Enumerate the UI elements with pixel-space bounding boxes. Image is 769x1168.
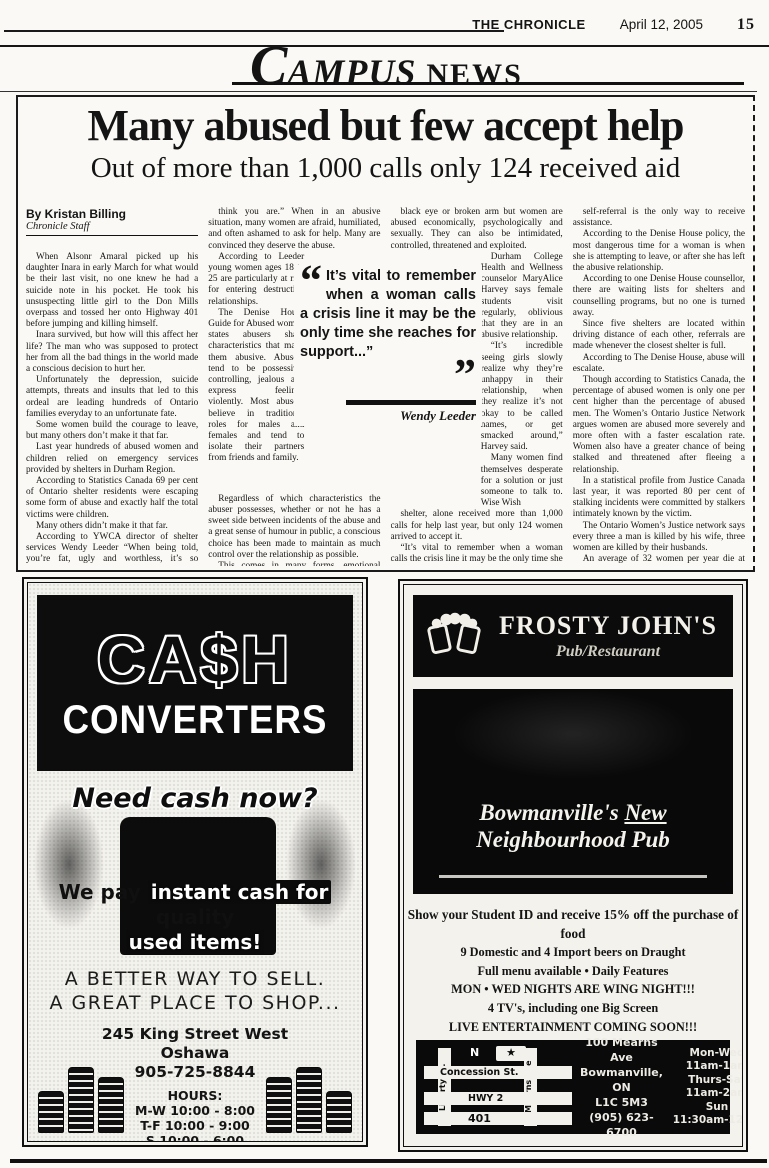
paragraph: think you are.” When in an abusive situa… (208, 207, 380, 252)
paper-name: THE CHRONICLE (472, 17, 585, 32)
paragraph: In a statistical profile from Justice Ca… (573, 476, 745, 521)
paragraph: According to one Denise House counsellor… (573, 274, 745, 319)
cash-converters-logo: CA$H CONVERTERS (37, 595, 353, 771)
promo-line: 9 Domestic and 4 Import beers on Draught (404, 943, 742, 962)
hours-line: S 10:00 - 6:00 (28, 1133, 362, 1142)
byline-role: Chronicle Staff (26, 221, 198, 232)
paragraph: When Alsonr Amaral picked up his daughte… (26, 252, 198, 330)
paragraph: black eye or broken arm but women are ab… (391, 207, 563, 252)
cash-tagline: A BETTER WAY TO SELL. A GREAT PLACE TO S… (28, 967, 362, 1015)
banner-underline (232, 82, 744, 85)
frosty-banner: FROSTY JOHN'S Pub/Restaurant (413, 595, 733, 677)
section-name: AMPUS (287, 52, 416, 92)
promo-line: Full menu available • Daily Features (404, 962, 742, 981)
paragraph: self-referral is the only way to receive… (573, 207, 745, 229)
paragraph: Many women find themselves desperate for… (481, 453, 563, 509)
frosty-johns-ad: FROSTY JOHN'S Pub/Restaurant Bowmanville… (398, 579, 748, 1152)
byline: By Kristan Billing (26, 207, 198, 221)
article: Many abused but few accept help Out of m… (16, 95, 755, 572)
paragraph: Inara survived, but how will this affect… (26, 330, 198, 375)
pull-quote-divider (346, 400, 476, 405)
newspaper-page: THE CHRONICLE April 12, 2005 15 CAMPUSNE… (0, 0, 769, 1168)
hours-days: Sun (669, 1101, 743, 1115)
paragraph: Last year hundreds of abused women and c… (26, 442, 198, 476)
pull-quote-text: It’s vital to remember when a woman call… (300, 267, 476, 362)
pub-name: FROSTY JOHN'S (493, 613, 723, 639)
converters-logo-text: CONVERTERS (63, 700, 328, 740)
pitch-line2: used items! (126, 930, 265, 954)
promo-line: MON • WED NIGHTS ARE WING NIGHT!!! (404, 980, 742, 999)
promo-line: Show your Student ID and receive 15% off… (404, 906, 742, 943)
phone-number: (905) 623-6700 (580, 1110, 663, 1140)
address-line: 100 Mearns Ave (580, 1035, 663, 1065)
article-subhead: Out of more than 1,000 calls only 124 re… (18, 153, 753, 185)
paragraph: The Ontario Women’s Justice network says… (573, 521, 745, 555)
pub-type: Pub/Restaurant (493, 644, 723, 660)
hours-time: 11am-1am (669, 1060, 743, 1074)
hours-days: Mon-Wed (669, 1047, 743, 1061)
promo-line: 4 TV's, including one Big Screen (404, 999, 742, 1018)
tagline-line1: A BETTER WAY TO SELL. (28, 967, 362, 991)
article-column-4: self-referral is the only way to receive… (573, 207, 745, 566)
address-city: Oshawa (28, 1044, 362, 1063)
caption-word-underlined: New (624, 800, 666, 825)
cash-converters-ad-inner: CA$H CONVERTERS Need cash now? We pay in… (27, 582, 363, 1142)
tagline-line2: A GREAT PLACE TO SHOP... (28, 991, 362, 1015)
paragraph: Some women build the courage to leave, b… (26, 420, 198, 442)
page-bottom-rule (10, 1159, 767, 1163)
frosty-info-bar: N ★ Liberty St. Mearns Ave Concession St… (416, 1040, 730, 1134)
close-quote-icon: ” (300, 362, 476, 392)
article-headline: Many abused but few accept help (22, 103, 749, 149)
paragraph: According to The Denise House, abuse wil… (573, 353, 745, 375)
promo-line: LIVE ENTERTAINMENT COMING SOON!!! (404, 1018, 742, 1037)
coin-stack-image (266, 1067, 352, 1133)
paragraph: According to the Denise House policy, th… (573, 229, 745, 274)
cash-logo-text: CA$H (97, 626, 293, 692)
cash-ad-photo: Need cash now? We pay instant cash for q… (28, 773, 362, 955)
text-beside-pullquote: Durham College Health and Wellness couns… (481, 252, 563, 510)
section-initial: C (250, 35, 287, 97)
paragraph: Regardless of which characteristics the … (208, 494, 380, 561)
caption-line2: Neighbourhood Pub (413, 826, 733, 854)
masthead: THE CHRONICLE April 12, 2005 15 (472, 16, 755, 34)
paragraph: shelter, alone received more than 1,000 … (391, 509, 563, 543)
address-street: 245 King Street West (28, 1025, 362, 1044)
location-map: N ★ Liberty St. Mearns Ave Concession St… (422, 1046, 574, 1128)
pitch-pre: We pay (59, 880, 141, 904)
pitch-highlight: instant cash for (148, 880, 332, 904)
section-name-2: NEWS (426, 58, 522, 91)
paragraph: This comes in many forms, emotional abus… (208, 561, 380, 566)
frosty-hours: Mon-Wed 11am-1am Thurs-Sat 11am-2am Sun … (669, 1047, 743, 1128)
masthead-rule-left (4, 30, 504, 32)
issue-date: April 12, 2005 (620, 17, 703, 32)
location-star-icon: ★ (496, 1046, 526, 1061)
text-beside-pullquote: According to Leeder young women ages 18 … (208, 252, 304, 494)
pull-quote-attribution: Wendy Leeder (300, 408, 476, 424)
paragraph: “It’s vital to remember when a woman cal… (391, 543, 563, 566)
address-line: Bowmanville, ON (580, 1065, 663, 1095)
paragraph: According to YWCA director of shelter se… (26, 532, 198, 566)
cash-converters-ad: CA$H CONVERTERS Need cash now? We pay in… (22, 577, 368, 1147)
caption-line1: Bowmanville's New (413, 799, 733, 827)
byline-block: By Kristan Billing Chronicle Staff (26, 207, 198, 236)
article-column-1: By Kristan Billing Chronicle Staff When … (26, 207, 198, 566)
caption-word: Bowmanville's (479, 800, 618, 825)
paragraph: Durham College Health and Wellness couns… (481, 252, 563, 342)
coin-stack-image (38, 1067, 124, 1133)
frosty-promo-list: Show your Student ID and receive 15% off… (404, 906, 742, 1055)
paragraph: The Denise House Guide for Abused women … (208, 308, 304, 465)
frosty-banner-text: FROSTY JOHN'S Pub/Restaurant (493, 613, 723, 660)
paragraph: Since five shelters are located within d… (573, 319, 745, 353)
map-road-401: 401 (424, 1112, 572, 1125)
open-quote-icon: “ (300, 267, 322, 295)
address-line: L1C 5M3 (580, 1095, 663, 1110)
frosty-johns-ad-inner: FROSTY JOHN'S Pub/Restaurant Bowmanville… (403, 584, 743, 1147)
paragraph: Unfortunately the depression, suicide at… (26, 375, 198, 420)
compass-north-label: N (470, 1046, 479, 1059)
hours-days: Thurs-Sat (669, 1074, 743, 1088)
banner-underline-thin (0, 91, 757, 92)
cash-hook-text: Need cash now? (28, 783, 362, 814)
beer-mugs-icon (423, 608, 485, 664)
paragraph: “It’s incredible seeing girls slowly rea… (481, 341, 563, 453)
photo-highlight (453, 689, 693, 779)
hours-time: 11am-2am (669, 1087, 743, 1101)
paragraph: Many others didn’t make it that far. (26, 521, 198, 532)
section-banner: CAMPUSNEWS (250, 38, 523, 94)
paragraph: Though according to Statistics Canada, t… (573, 375, 745, 476)
pitch-post: quality (156, 905, 234, 929)
pub-interior-photo: Bowmanville's New Neighbourhood Pub (413, 689, 733, 894)
paragraph: According to Leeder young women ages 18 … (208, 252, 304, 308)
paragraph: An average of 32 women per year die at t… (573, 554, 745, 566)
photo-caption: Bowmanville's New Neighbourhood Pub (413, 799, 733, 854)
paragraph: According to Statistics Canada 69 per ce… (26, 476, 198, 521)
map-road-hwy2: HWY 2 (424, 1092, 572, 1105)
hours-time: 11:30am-12am (669, 1114, 743, 1128)
frosty-address: 100 Mearns Ave Bowmanville, ON L1C 5M3 (… (580, 1035, 663, 1140)
map-road-concession: Concession St. (424, 1066, 572, 1079)
page-number: 15 (737, 16, 755, 34)
photo-bar-edge (439, 875, 707, 878)
pull-quote: “ It’s vital to remember when a woman ca… (294, 265, 482, 426)
cash-pitch-text: We pay instant cash for quality used ite… (28, 880, 362, 955)
